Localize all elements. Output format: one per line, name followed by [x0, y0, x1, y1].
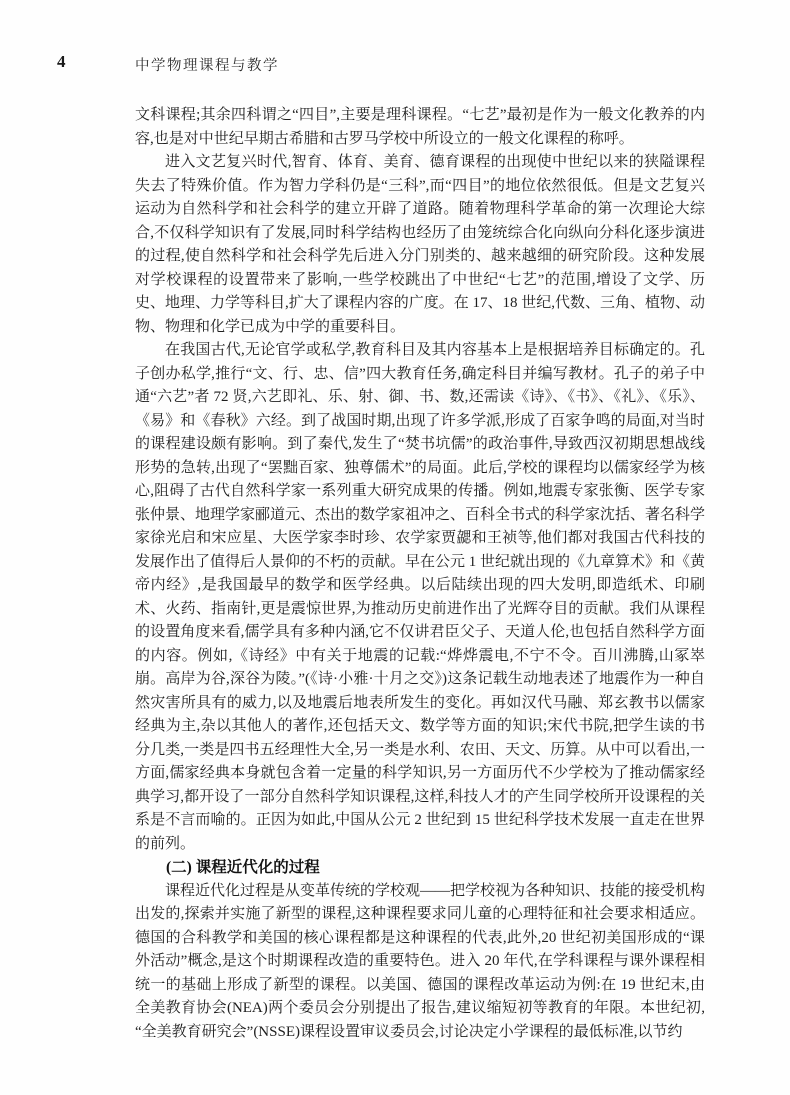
- paragraph-ancient-china-curriculum: 在我国古代,无论官学或私学,教育科目及其内容基本上是根据培养目标确定的。孔子创办…: [135, 339, 705, 856]
- section-heading-modernization: (二) 课程近代化的过程: [135, 856, 705, 880]
- paragraph-continuation: 文科课程;其余四科谓之“四目”,主要是理科课程。“七艺”最初是作为一般文化教养的…: [135, 104, 705, 151]
- running-title: 中学物理课程与教学: [135, 54, 279, 75]
- page-number: 4: [57, 52, 66, 72]
- paragraph-renaissance-curriculum: 进入文艺复兴时代,智育、体育、美育、德育课程的出现使中世纪以来的狭隘课程失去了特…: [135, 151, 705, 339]
- book-page: 4 中学物理课程与教学 文科课程;其余四科谓之“四目”,主要是理科课程。“七艺”…: [0, 0, 790, 1095]
- paragraph-modernization-process: 课程近代化过程是从变革传统的学校观——把学校视为各种知识、技能的接受机构出发的,…: [135, 880, 705, 1045]
- page-body: 文科课程;其余四科谓之“四目”,主要是理科课程。“七艺”最初是作为一般文化教养的…: [135, 104, 705, 1044]
- page-header: 4 中学物理课程与教学: [0, 52, 790, 76]
